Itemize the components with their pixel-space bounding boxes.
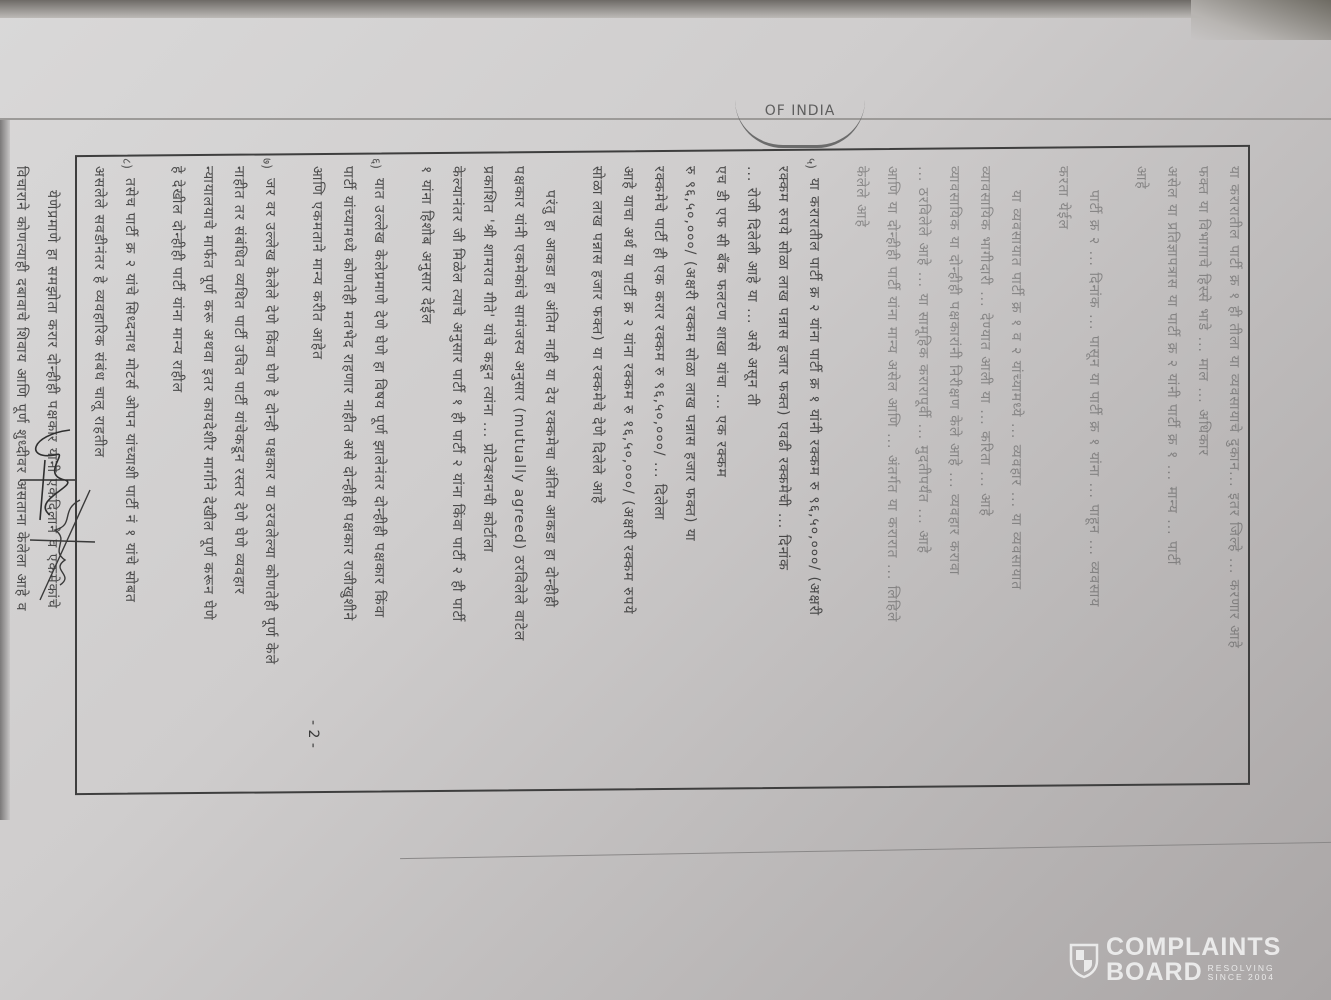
- clause-number: ७): [259, 158, 276, 169]
- background-top-strip: [0, 0, 1331, 18]
- document-text-line: असेल या प्रतिज्ञापत्रास या पार्टी क्र २ …: [1163, 166, 1182, 565]
- document-text-line: प्रकाशित 'श्री शामराव गीते' यांचे कडून त…: [479, 166, 498, 553]
- bottom-page-line: [400, 842, 1331, 859]
- document-text-line: असलेले सवडीनंतर हे व्यवहारिक संबंध चालू …: [90, 166, 109, 458]
- document-text-line: या करारातील पार्टी क्र १ ही तीला या व्यव…: [1225, 166, 1244, 649]
- document-text-line: तसेच पार्टी क्र २ यांचे सिध्दनाथ मोटर्स …: [121, 178, 140, 603]
- document-text-line: सोळा लाख पन्नास हजार फक्त) या रक्कमेचे द…: [588, 166, 607, 504]
- document-text-line: एच डी एफ सी बँक फलटण शाखा यांचा ... एक र…: [712, 166, 731, 478]
- document-text-line: जर वर उल्लेख केलेले देणे किंवा घेणे हे द…: [261, 178, 280, 665]
- document-body: या करारातील पार्टी क्र १ ही तीला या व्यव…: [95, 160, 1245, 780]
- background-top-corner: [1191, 0, 1331, 40]
- document-text-line: ... रोजी दिलेली आहे या ... असे असून ती: [743, 166, 762, 407]
- document-text-line: आहे: [1132, 166, 1151, 190]
- document-text-line: पार्टी यांच्यामध्ये कोणतेही मतभेद राहणार…: [339, 166, 358, 621]
- document-text-line: रु ९६,५०,०००/ (अक्षरी रक्कम सोळा लाख पन्…: [681, 166, 700, 542]
- document-text-line: केल्यानंतर जी मिळेल त्याचे अनुसार पार्टी…: [448, 166, 467, 622]
- signature-party-2: [20, 480, 100, 620]
- document-text-line: आणि या दोन्हीही पार्टी यांना मान्य असेल …: [883, 166, 902, 622]
- watermark-complaints: COMPLAINTS: [1106, 935, 1281, 960]
- page-edge: [0, 118, 1331, 120]
- document-text-line: हे देखील दोन्हीही पार्टी यांना मान्य राह…: [168, 166, 187, 393]
- document-text-line: या व्यवसायात पार्टी क्र १ व २ यांच्यामध्…: [1007, 190, 1026, 590]
- document-text-line: व्यावसायिक भागीदारी ... देण्यात आली या .…: [976, 166, 995, 517]
- document-text-line: परंतु हा आकडा हा अंतिम नाही या देय रक्कम…: [541, 190, 560, 608]
- watermark-tagline-2: SINCE 2004: [1208, 973, 1275, 982]
- document-text-line: आणि एकमताने मान्य करीत आहेत: [308, 166, 327, 360]
- left-shadow: [0, 120, 10, 820]
- document-text-line: आहे याचा अर्थ या पार्टी क्र २ यांना रक्क…: [619, 166, 638, 615]
- clause-number: ८): [119, 158, 136, 169]
- document-text-line: रक्कमेचे पार्टी ही एक करार रक्कम रु ९६,५…: [650, 166, 669, 521]
- watermark-board: BOARD: [1106, 960, 1203, 985]
- document-text-line: करता येईल: [1054, 166, 1073, 230]
- document-text-line: या करारातील पार्टी क्र २ यांना पार्टी क्…: [805, 178, 824, 616]
- page-number: - 2 -: [305, 720, 321, 748]
- seal-stamp: OF INDIA: [735, 100, 865, 148]
- document-text-line: फक्त या विभागाचे हिस्से भाडे ... माल ...…: [1194, 166, 1213, 456]
- document-text-line: यात उल्लेख केलेप्रमाणे देणे घेणे हा विषय…: [370, 178, 389, 618]
- document-text-line: केलेले आहे: [852, 166, 871, 228]
- clause-number: ६): [368, 158, 385, 169]
- document-text-line: ... ठरविलेले आहे ... या सामूहिक करारापूर…: [914, 166, 933, 554]
- document-text-line: १ यांना हिशोब अनुसार देईल: [417, 166, 436, 325]
- document-text-line: पक्षकार यांनी एकमेकांचे सामंजस्य अनुसार …: [510, 166, 529, 641]
- document-text-line: पार्टी क्र २ ... दिनांक ... पासून या पार…: [1085, 190, 1104, 607]
- shield-icon: [1068, 941, 1100, 979]
- document-text-line: नाहीत तर संबंधित व्यथित पार्टी उचित पार्…: [230, 166, 249, 595]
- document-text-line: न्यायालयाचे मार्फत पूर्ण करू अथवा इतर का…: [199, 166, 218, 621]
- complaints-board-watermark: COMPLAINTS BOARD RESOLVING SINCE 2004: [1068, 935, 1281, 985]
- clause-number: ५): [803, 158, 820, 169]
- document-text-line: व्यावसायिक या दोन्हीही पक्षकारांनी निरीक…: [945, 166, 964, 575]
- document-text-line: रक्कम रुपये सोळा लाख पन्नास हजार फक्त) ए…: [774, 166, 793, 571]
